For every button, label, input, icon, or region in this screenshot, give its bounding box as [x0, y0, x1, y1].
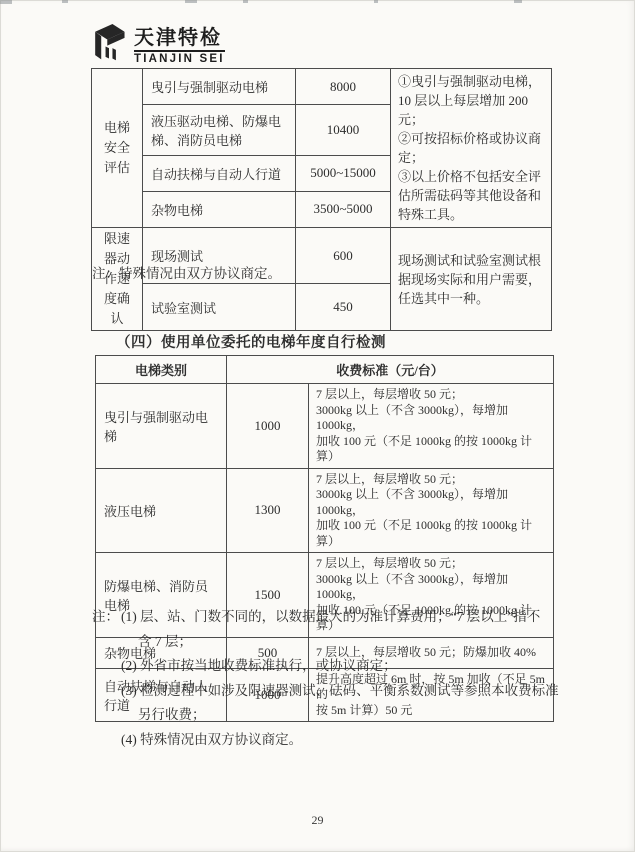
logo-text: 天津特检 TIANJIN SEI [134, 27, 225, 65]
fee-note-cell: 7 层以上，每层增收 50 元； 3000kg 以上（不含 3000kg），每增… [309, 468, 554, 553]
elevator-type-cell: 杂物电梯 [143, 191, 296, 227]
column-header-elevator-category: 电梯类别 [96, 356, 227, 384]
document-page: 天津特检 TIANJIN SEI 电梯安全评估 曳引与强制驱动电梯 8000 ①… [0, 0, 635, 852]
fee-note-cell: 7 层以上，每层增收 50 元； 3000kg 以上（不含 3000kg），每增… [309, 384, 554, 469]
note-item: (2) 外省市按当地收费标准执行，或协议商定； [121, 654, 560, 679]
logo-name-en: TIANJIN SEI [134, 53, 225, 65]
logo-mark-icon [90, 21, 128, 65]
group-note-cell: 现场测试和试验室测试根据现场实际和用户需要，任选其中一种。 [391, 228, 552, 331]
elevator-type-cell: 曳引与强制驱动电梯 [96, 384, 227, 469]
scan-artifact [185, 0, 197, 3]
fee-cell: 1000 [227, 384, 309, 469]
logo-name-cn: 天津特检 [134, 27, 225, 52]
elevator-type-cell: 液压电梯 [96, 468, 227, 553]
group-note-cell: ①曳引与强制驱动电梯，10 层以上每层增加 200 元； ②可按招标价格或协议商… [391, 69, 552, 228]
column-header-fee-standard: 收费标准（元/台） [227, 356, 554, 384]
elevator-type-cell: 曳引与强制驱动电梯 [143, 69, 296, 105]
table1-footnote: 注：特殊情况由双方协议商定。 [92, 262, 281, 282]
note-item: (1) 层、站、门数不同的，以数据最大的为准计算费用；“7 层以上”指不 含 7… [121, 605, 560, 654]
scan-artifact [374, 0, 378, 3]
notes-label: 注： [92, 605, 119, 630]
fee-cell: 450 [296, 284, 391, 331]
scan-artifact [243, 0, 248, 3]
scan-artifact [0, 0, 12, 4]
fee-cell: 3500~5000 [296, 191, 391, 227]
fee-cell: 5000~15000 [296, 155, 391, 191]
org-logo: 天津特检 TIANJIN SEI [90, 21, 225, 65]
notes-items: (1) 层、站、门数不同的，以数据最大的为准计算费用；“7 层以上”指不 含 7… [121, 605, 560, 752]
fee-cell: 10400 [296, 105, 391, 156]
note-item: (4) 特殊情况由双方协议商定。 [121, 728, 560, 753]
fee-cell: 600 [296, 228, 391, 284]
safety-evaluation-fee-table: 电梯安全评估 曳引与强制驱动电梯 8000 ①曳引与强制驱动电梯，10 层以上每… [91, 68, 552, 331]
elevator-type-cell: 试验室测试 [143, 284, 296, 331]
category-cell: 电梯安全评估 [92, 69, 143, 228]
elevator-type-cell: 液压驱动电梯、防爆电梯、消防员电梯 [143, 105, 296, 156]
scan-artifact [514, 0, 522, 3]
page-number: 29 [0, 813, 635, 828]
table2-notes: 注： (1) 层、站、门数不同的，以数据最大的为准计算费用；“7 层以上”指不 … [92, 605, 560, 752]
elevator-type-cell: 自动扶梯与自动人行道 [143, 155, 296, 191]
scan-artifact [62, 0, 68, 3]
fee-cell: 8000 [296, 69, 391, 105]
section-title: （四）使用单位委托的电梯年度自行检测 [116, 331, 386, 352]
fee-cell: 1300 [227, 468, 309, 553]
note-item: (3) 检测过程中如涉及限速器测试、砝码、平衡系数测试等参照本收费标准 另行收费… [121, 679, 560, 728]
